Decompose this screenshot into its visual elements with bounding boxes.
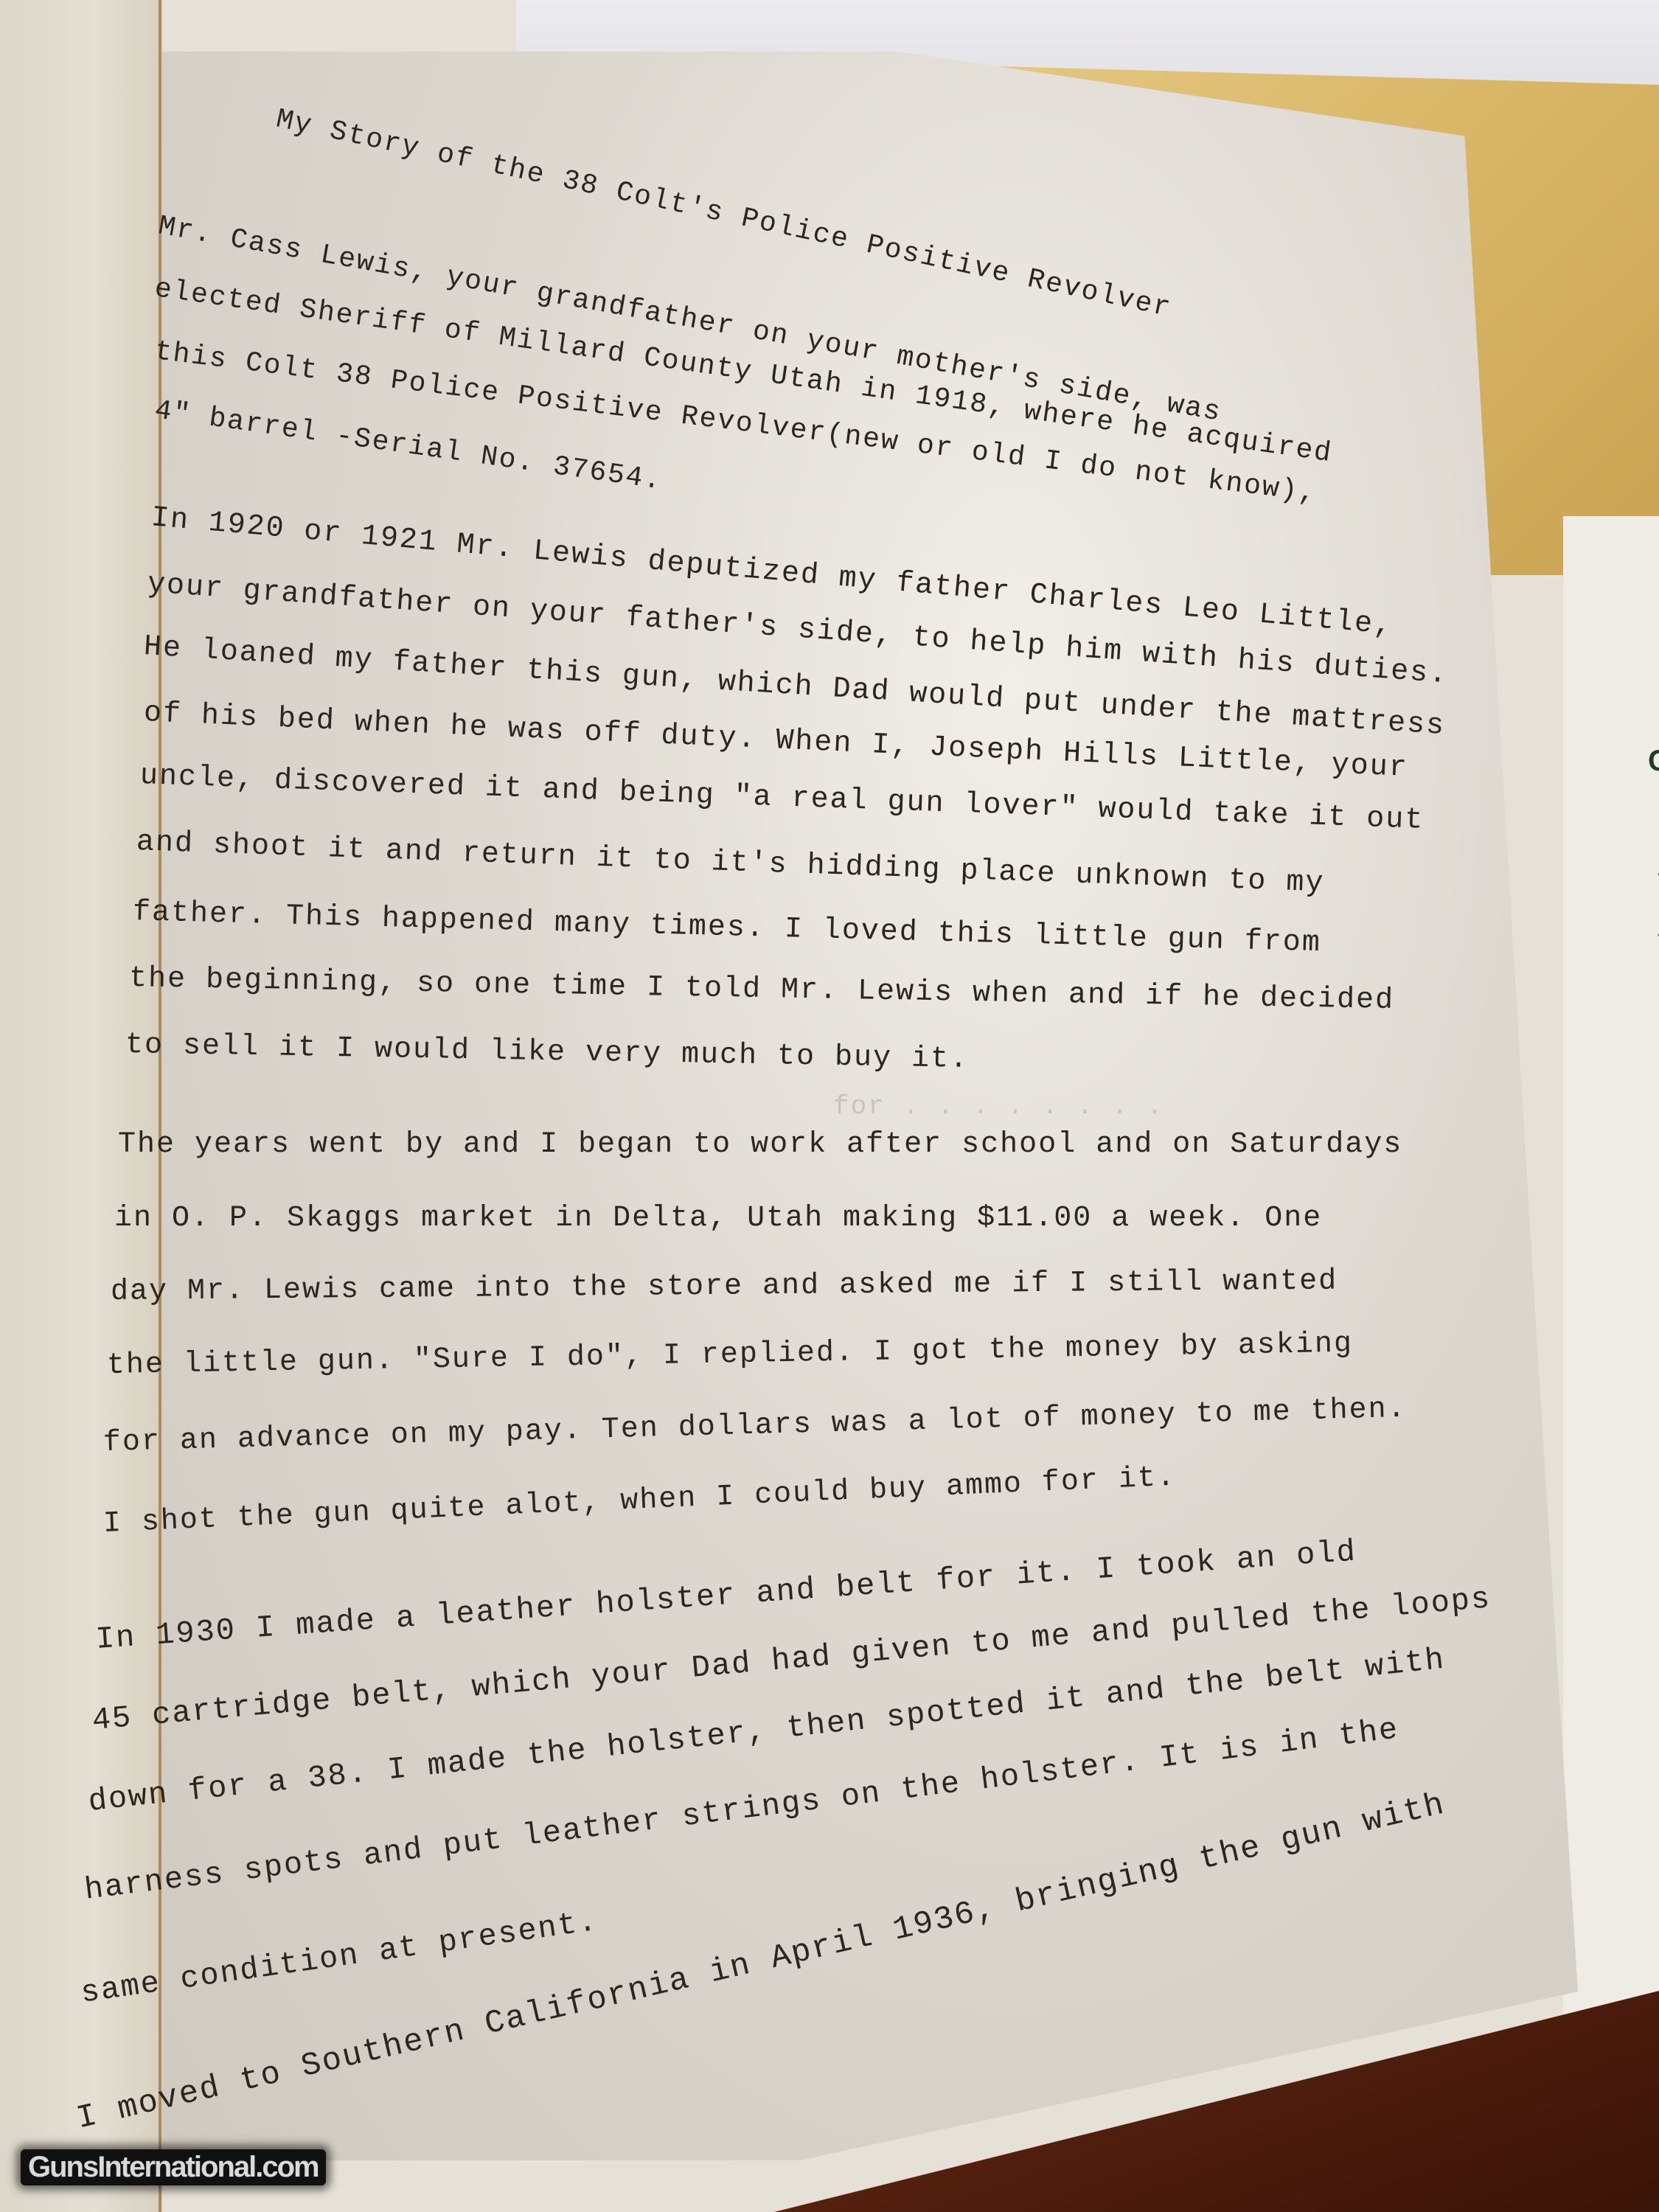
- paragraph-4-line-5: same condition at present.: [79, 1904, 600, 2011]
- paragraph-2-line-7: father. This happened many times. I love…: [132, 896, 1321, 960]
- paragraph-2-line-8: the beginning, so one time I told Mr. Le…: [129, 962, 1395, 1018]
- typed-document: My Story of the 38 Colt's Police Positiv…: [0, 0, 1659, 2212]
- paragraph-3-line-3: day Mr. Lewis came into the store and as…: [111, 1265, 1338, 1309]
- paragraph-3-line-6: I shot the gun quite alot, when I could …: [102, 1461, 1177, 1541]
- paragraph-3-line-5: for an advance on my pay. Ten dollars wa…: [102, 1393, 1407, 1460]
- document-title: My Story of the 38 Colt's Police Positiv…: [274, 103, 1175, 324]
- paragraph-3-line-1: The years went by and I began to work af…: [118, 1128, 1402, 1161]
- paragraph-3-line-2: in O. P. Skaggs market in Delta, Utah ma…: [114, 1202, 1322, 1235]
- bleed-through-text: for . . . . . . . .: [833, 1091, 1164, 1121]
- paragraph-2-line-9: to sell it I would like very much to buy…: [125, 1029, 970, 1077]
- watermark-logo: GunsInternational.com: [21, 2149, 326, 2185]
- paragraph-2-line-6: and shoot it and return it to it's hiddi…: [136, 826, 1325, 900]
- paragraph-3-line-4: the little gun. "Sure I do", I replied. …: [107, 1328, 1354, 1382]
